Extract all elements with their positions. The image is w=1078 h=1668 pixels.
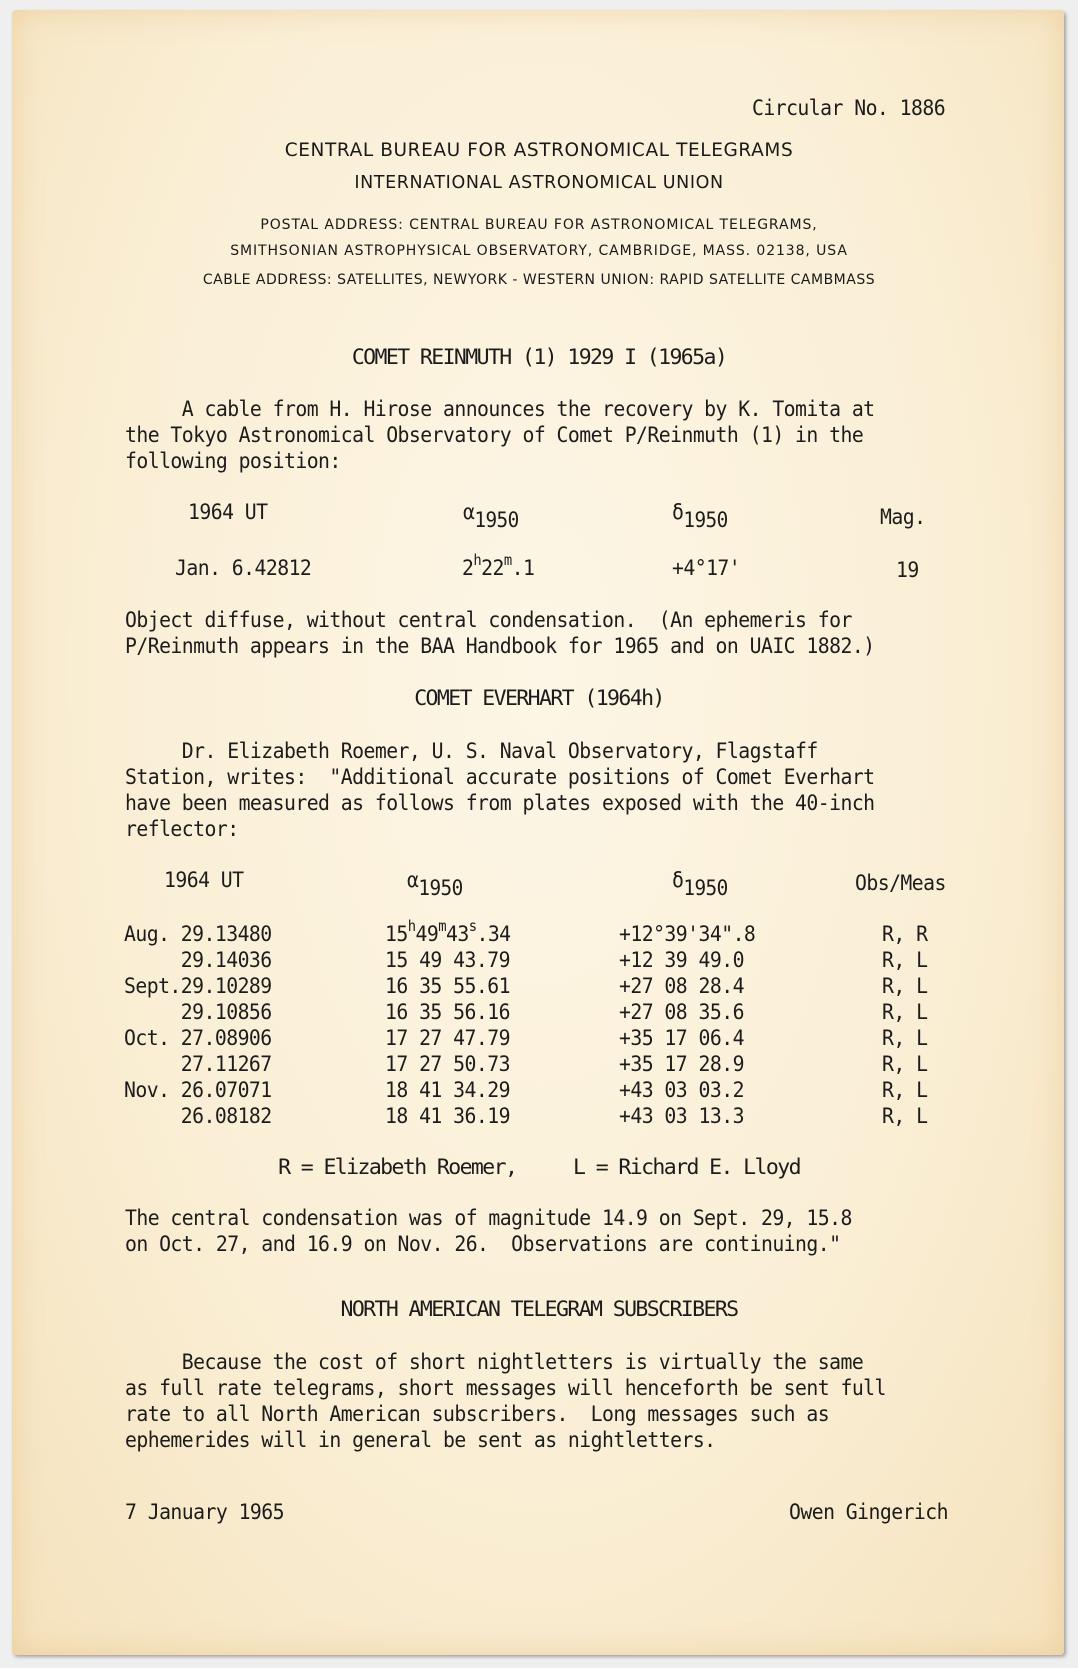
- reinmuth-paragraph-line3: following position:: [125, 449, 341, 474]
- reinmuth-header-mag: Mag.: [880, 505, 925, 530]
- row-obs: R, L: [882, 1000, 927, 1025]
- row-obs: R, L: [882, 948, 927, 973]
- observer-legend: R = Elizabeth Roemer, L = Richard E. Llo…: [0, 1155, 1078, 1180]
- subscribers-paragraph-line3: rate to all North American subscribers. …: [125, 1402, 829, 1427]
- ra-hours: 2: [462, 556, 473, 581]
- ra-epoch: 1950: [474, 508, 518, 532]
- ra-hours-unit: h: [473, 551, 481, 569]
- row-date: Aug. 29.13480: [124, 922, 272, 947]
- row-ra: 16 35 56.16: [385, 1000, 510, 1025]
- reinmuth-paragraph-line2: the Tokyo Astronomical Observatory of Co…: [125, 423, 863, 448]
- row-obs: R, L: [882, 1052, 927, 1077]
- section-title-subscribers: NORTH AMERICAN TELEGRAM SUBSCRIBERS: [0, 1297, 1078, 1322]
- everhart-header-obs: Obs/Meas: [855, 871, 946, 896]
- row-dec: +35 17 06.4: [619, 1026, 744, 1051]
- alpha-symbol: α: [463, 500, 474, 525]
- row-ra: 18 41 36.19: [385, 1104, 510, 1129]
- subscribers-paragraph-line1: Because the cost of short nightletters i…: [125, 1350, 863, 1375]
- row-date: 29.10856: [124, 1000, 272, 1025]
- row-dec: +27 08 35.6: [619, 1000, 744, 1025]
- section-title-reinmuth: COMET REINMUTH (1) 1929 I (1965a): [0, 345, 1078, 370]
- row-dec: +12°39'34".8: [619, 922, 755, 947]
- reinmuth-row-ra: 2h22m.1: [462, 556, 534, 581]
- reinmuth-row-dec: +4°17': [672, 556, 740, 581]
- postal-address-line1: POSTAL ADDRESS: CENTRAL BUREAU FOR ASTRO…: [0, 217, 1078, 233]
- row-date: Oct. 27.08906: [124, 1026, 272, 1051]
- signature: Owen Gingerich: [789, 1500, 948, 1525]
- circular-number: Circular No. 1886: [752, 96, 945, 121]
- reinmuth-paragraph-line1: A cable from H. Hirose announces the rec…: [125, 397, 875, 422]
- row-dec: +43 03 03.2: [619, 1078, 744, 1103]
- row-ra: 17 27 47.79: [385, 1026, 510, 1051]
- row-date: 27.11267: [124, 1052, 272, 1077]
- ra-minutes: 22: [481, 556, 504, 581]
- row-ra: 18 41 34.29: [385, 1078, 510, 1103]
- org-union: INTERNATIONAL ASTRONOMICAL UNION: [0, 173, 1078, 193]
- org-name: CENTRAL BUREAU FOR ASTRONOMICAL TELEGRAM…: [0, 140, 1078, 161]
- everhart-paragraph-line2: Station, writes: "Additional accurate po…: [125, 765, 875, 790]
- reinmuth-header-ra: α1950: [463, 500, 519, 525]
- dec-epoch: 1950: [683, 508, 727, 532]
- cable-address: CABLE ADDRESS: SATELLITES, NEWYORK - WES…: [0, 272, 1078, 288]
- row-ra: 17 27 50.73: [385, 1052, 510, 1077]
- row-dec: +43 03 13.3: [619, 1104, 744, 1129]
- reinmuth-header-dec: δ1950: [672, 500, 728, 525]
- ra-epoch: 1950: [418, 876, 462, 900]
- everhart-header-dec: δ1950: [672, 868, 728, 893]
- row-ra: 16 35 55.61: [385, 974, 510, 999]
- reinmuth-row-mag: 19: [896, 558, 919, 583]
- reinmuth-header-date: 1964 UT: [188, 500, 268, 525]
- row-dec: +12 39 49.0: [619, 948, 744, 973]
- reinmuth-note-line2: P/Reinmuth appears in the BAA Handbook f…: [125, 634, 875, 659]
- row-date: Sept.29.10289: [124, 974, 272, 999]
- subscribers-paragraph-line4: ephemerides will in general be sent as n…: [125, 1428, 716, 1453]
- everhart-header-date: 1964 UT: [164, 868, 244, 893]
- section-title-everhart: COMET EVERHART (1964h): [0, 686, 1078, 711]
- row-date: Nov. 26.07071: [124, 1078, 272, 1103]
- row-ra: 15h49m43s.34: [385, 922, 511, 947]
- issue-date: 7 January 1965: [125, 1500, 284, 1525]
- dec-epoch: 1950: [683, 876, 727, 900]
- alpha-symbol: α: [407, 868, 418, 893]
- everhart-paragraph-line4: reflector:: [125, 817, 239, 842]
- row-obs: R, R: [882, 922, 927, 947]
- delta-symbol: δ: [672, 500, 683, 525]
- row-dec: +27 08 28.4: [619, 974, 744, 999]
- row-dec: +35 17 28.9: [619, 1052, 744, 1077]
- ra-fraction: .1: [512, 556, 535, 581]
- everhart-closing-line2: on Oct. 27, and 16.9 on Nov. 26. Observa…: [125, 1232, 840, 1257]
- reinmuth-row-date: Jan. 6.42812: [175, 556, 311, 581]
- delta-symbol: δ: [672, 868, 683, 893]
- row-obs: R, L: [882, 1104, 927, 1129]
- row-ra: 15 49 43.79: [385, 948, 510, 973]
- row-obs: R, L: [882, 974, 927, 999]
- reinmuth-note-line1: Object diffuse, without central condensa…: [125, 608, 852, 633]
- postal-address-line2: SMITHSONIAN ASTROPHYSICAL OBSERVATORY, C…: [0, 243, 1078, 259]
- row-date: 26.08182: [124, 1104, 272, 1129]
- everhart-paragraph-line1: Dr. Elizabeth Roemer, U. S. Naval Observ…: [125, 739, 818, 764]
- row-obs: R, L: [882, 1078, 927, 1103]
- ra-minutes-unit: m: [504, 551, 512, 569]
- everhart-closing-line1: The central condensation was of magnitud…: [125, 1206, 852, 1231]
- subscribers-paragraph-line2: as full rate telegrams, short messages w…: [125, 1376, 886, 1401]
- everhart-header-ra: α1950: [407, 868, 463, 893]
- row-date: 29.14036: [124, 948, 272, 973]
- everhart-paragraph-line3: have been measured as follows from plate…: [125, 791, 875, 816]
- row-obs: R, L: [882, 1026, 927, 1051]
